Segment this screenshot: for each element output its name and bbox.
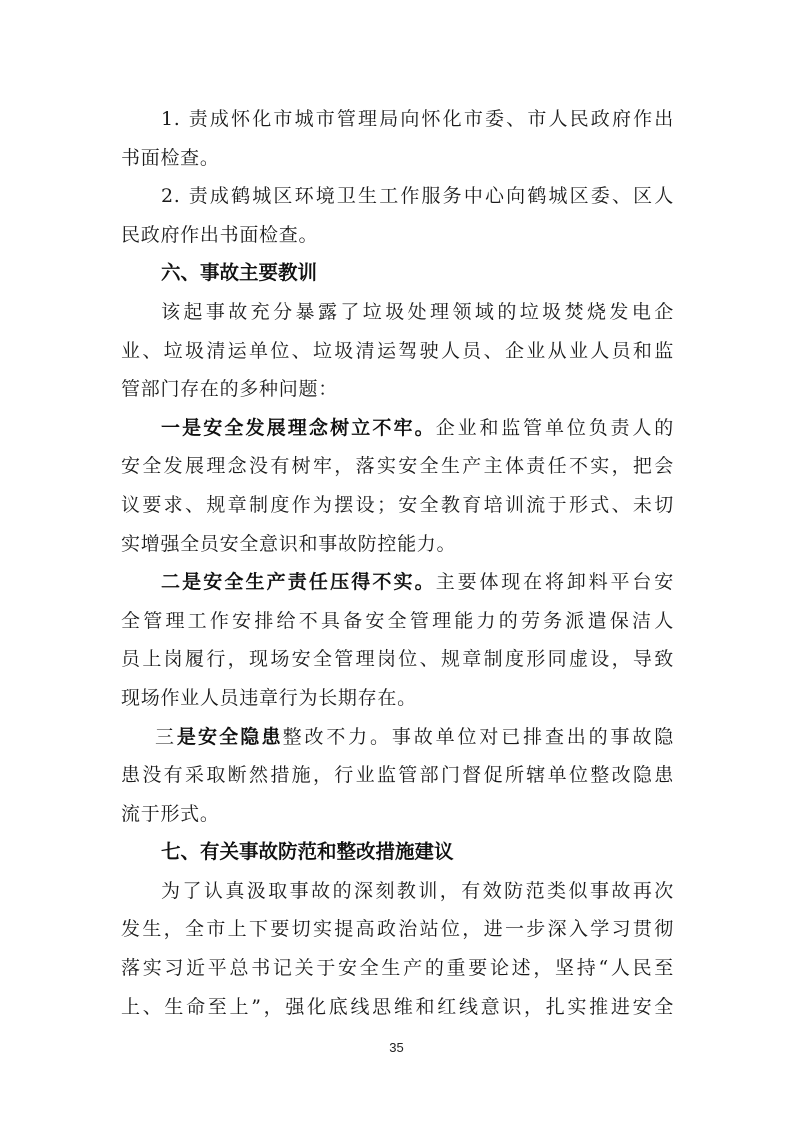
- item-1-line-1: 1. 责成怀化市城市管理局向怀化市委、市人民政府作出: [121, 100, 674, 139]
- point-3-line-1: 三是安全隐患整改不力。事故单位对已排查出的事故隐: [121, 718, 674, 757]
- page-number: 35: [0, 1040, 793, 1055]
- point-1-line-1: 一是安全发展理念树立不牢。企业和监管单位负责人的: [121, 409, 674, 448]
- point-2-line-1-rest: 主要体现在将卸料平台安: [436, 571, 674, 593]
- point-1-line-3: 议要求、规章制度作为摆设；安全教育培训流于形式、未切: [121, 486, 674, 525]
- section-7-para-line-1: 为了认真汲取事故的深刻教训，有效防范类似事故再次: [121, 872, 674, 911]
- point-1-lead: 一是安全发展理念树立不牢。: [161, 417, 436, 439]
- section-6-intro-line-1: 该起事故充分暴露了垃圾处理领域的垃圾焚烧发电企: [121, 293, 674, 332]
- item-2-line-2: 民政府作出书面检查。: [121, 216, 674, 255]
- point-3-line-1-rest: 整改不力。事故单位对已排查出的事故隐: [283, 726, 674, 748]
- section-7-heading: 七、有关事故防范和整改措施建议: [121, 833, 674, 872]
- point-3-line-3: 流于形式。: [121, 795, 674, 834]
- point-3-lead: 是安全隐患: [177, 726, 283, 748]
- point-1-line-2: 安全发展理念没有树牢，落实安全生产主体责任不实，把会: [121, 447, 674, 486]
- section-6-intro-line-2: 业、垃圾清运单位、垃圾清运驾驶人员、企业从业人员和监: [121, 332, 674, 371]
- point-2-lead: 二是安全生产责任压得不实。: [161, 571, 436, 593]
- point-1-line-4: 实增强全员安全意识和事故防控能力。: [121, 525, 674, 564]
- section-7-para-line-2: 发生，全市上下要切实提高政治站位，进一步深入学习贯彻: [121, 910, 674, 949]
- point-1-line-1-rest: 企业和监管单位负责人的: [436, 417, 674, 439]
- section-6-intro-line-3: 管部门存在的多种问题：: [121, 370, 674, 409]
- section-6-heading: 六、事故主要教训: [121, 254, 674, 293]
- point-2-line-2: 全管理工作安排给不具备安全管理能力的劳务派遣保洁人: [121, 602, 674, 641]
- item-2-line-1: 2. 责成鹤城区环境卫生工作服务中心向鹤城区委、区人: [121, 177, 674, 216]
- section-7-para-line-3: 落实习近平总书记关于安全生产的重要论述，坚持“人民至: [121, 949, 674, 988]
- point-2-line-1: 二是安全生产责任压得不实。主要体现在将卸料平台安: [121, 563, 674, 602]
- page-body: 1. 责成怀化市城市管理局向怀化市委、市人民政府作出 书面检查。 2. 责成鹤城…: [121, 100, 674, 1026]
- section-7-para-line-4: 上、生命至上”，强化底线思维和红线意识，扎实推进安全: [121, 988, 674, 1027]
- item-1-line-2: 书面检查。: [121, 139, 674, 178]
- point-2-line-4: 现场作业人员违章行为长期存在。: [121, 679, 674, 718]
- document-page: 1. 责成怀化市城市管理局向怀化市委、市人民政府作出 书面检查。 2. 责成鹤城…: [0, 0, 793, 1122]
- point-3-prefix: 三: [155, 726, 177, 748]
- point-2-line-3: 员上岗履行，现场安全管理岗位、规章制度形同虚设，导致: [121, 640, 674, 679]
- point-3-line-2: 患没有采取断然措施，行业监管部门督促所辖单位整改隐患: [121, 756, 674, 795]
